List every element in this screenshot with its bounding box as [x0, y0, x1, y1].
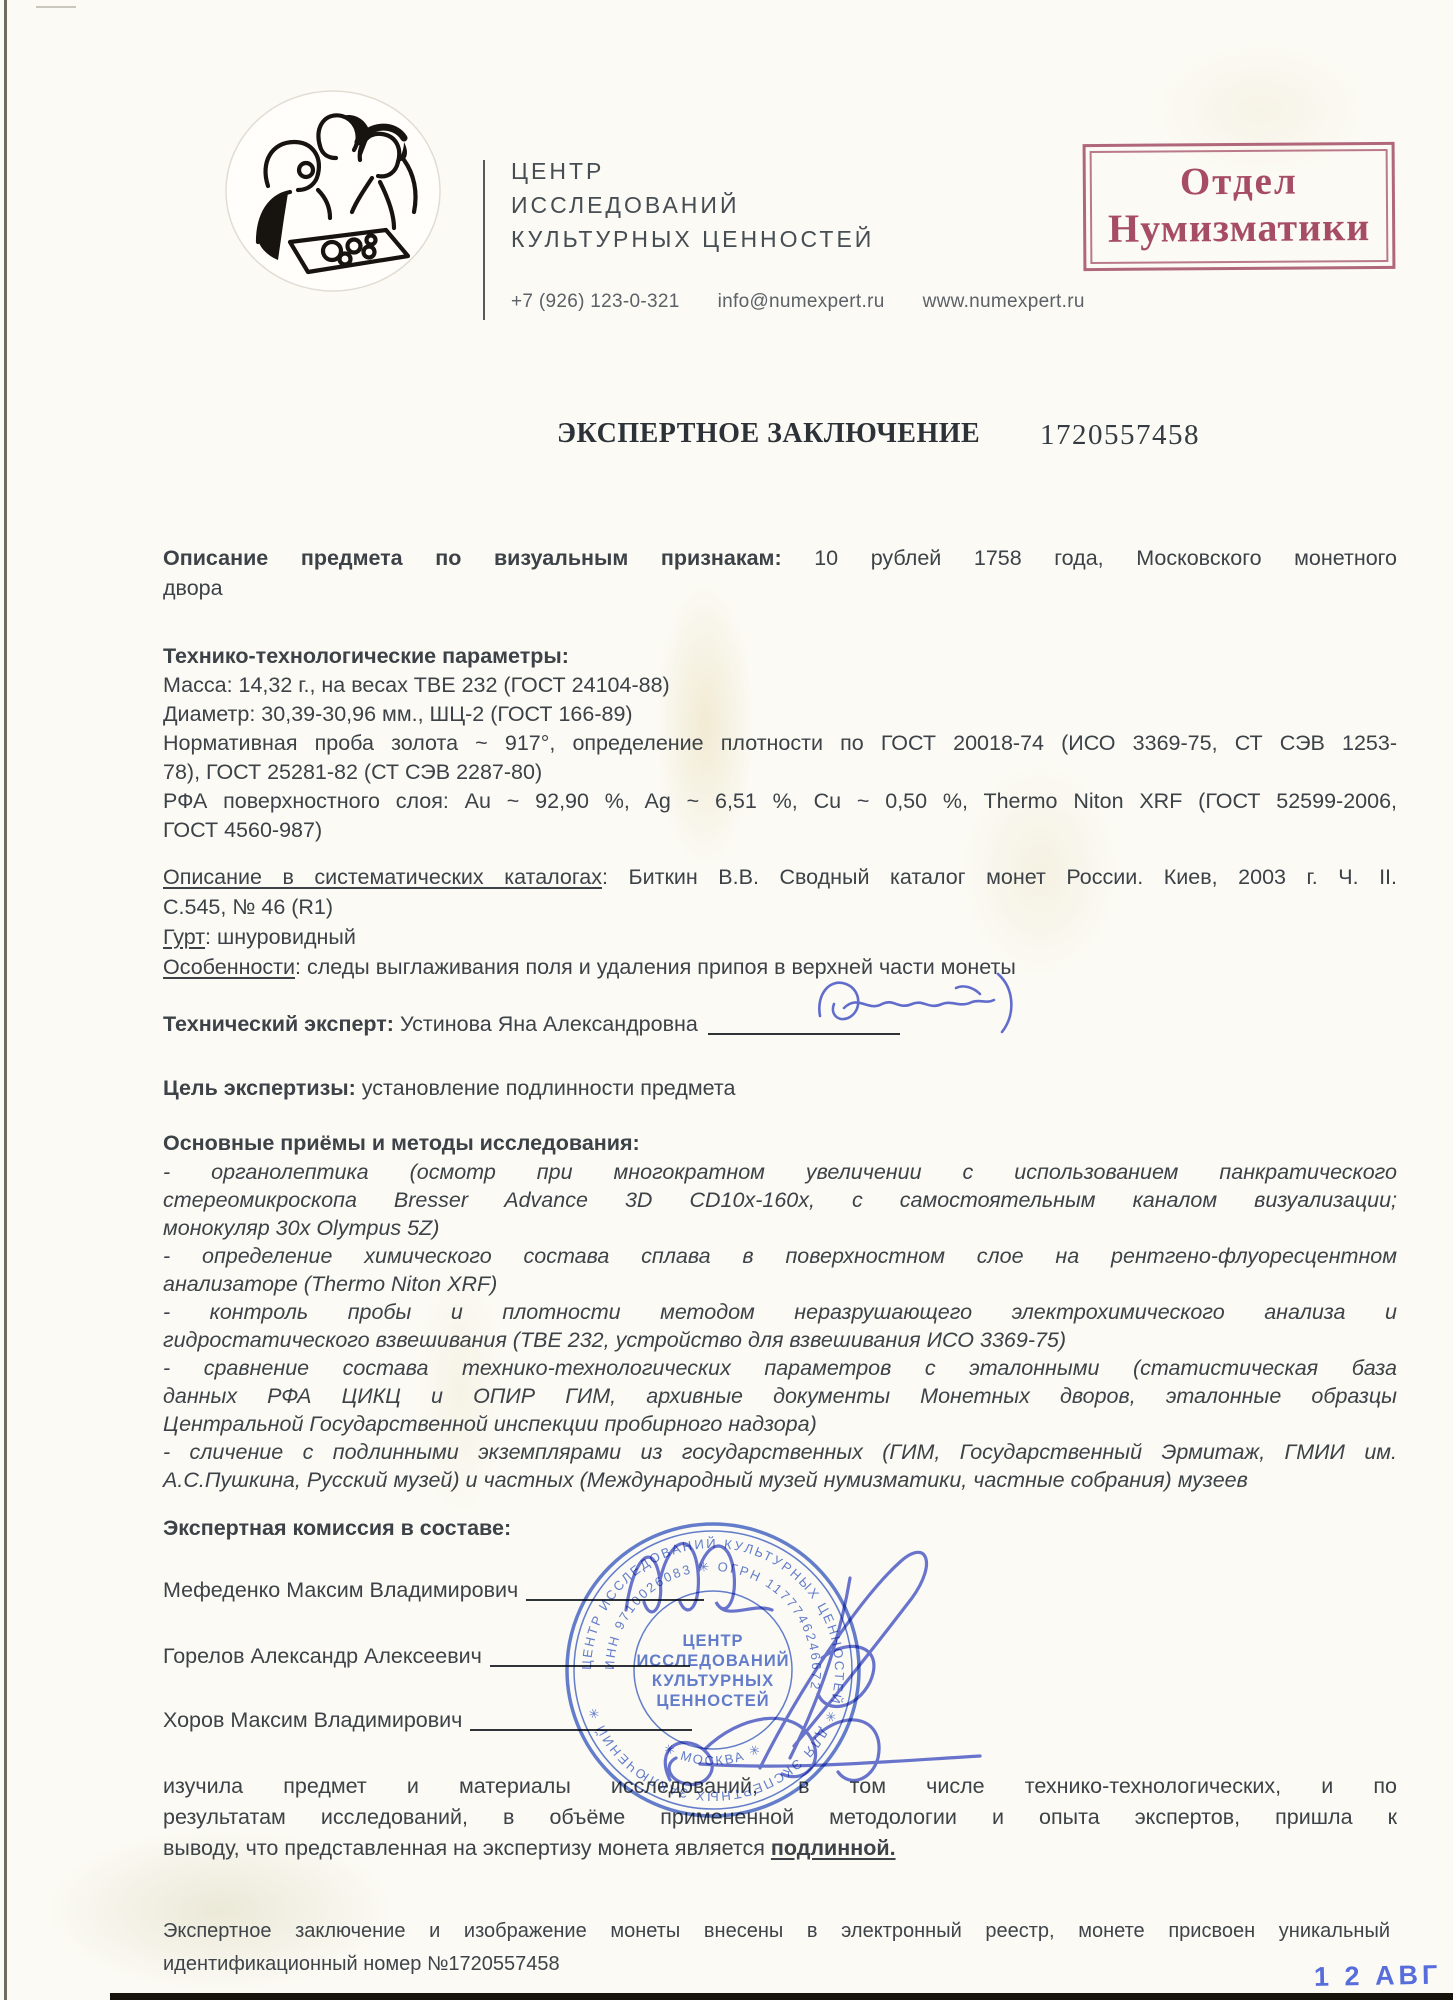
method-line: А.С.Пушкина, Русский музей) и частных (М… — [163, 1466, 1397, 1494]
text-line: идентификационный номер №1720557458 — [163, 1948, 1390, 1981]
scanned-expert-report-page: ЦЕНТР ИССЛЕДОВАНИЙ КУЛЬТУРНЫХ ЦЕННОСТЕЙ … — [0, 0, 1453, 2000]
tech-expert-name: Устинова Яна Александровна — [394, 1012, 698, 1036]
text-line: РФА поверхностного слоя: Au ~ 92,90 %, A… — [163, 787, 1397, 816]
method-line: - сличение с подлинными экземплярами из … — [163, 1438, 1397, 1466]
section-description: Описание предмета по визуальным признака… — [163, 543, 1397, 603]
method-line: монокуляр 30x Olympus 5Z) — [163, 1214, 1397, 1242]
text-line: Масса: 14,32 г., на весах ТВЕ 232 (ГОСТ … — [163, 671, 1397, 700]
text-line: Описание в систематических каталогах: Би… — [163, 862, 1397, 892]
org-contacts: +7 (926) 123-0-321info@numexpert.ruwww.n… — [511, 291, 1123, 313]
text-line: Гурт: шнуровидный — [163, 922, 1397, 952]
text-line: С.545, № 46 (R1) — [163, 892, 1397, 922]
signature-ustinova — [806, 964, 1042, 1050]
method-line: - сравнение состава технико-технологичес… — [163, 1354, 1397, 1382]
conclusion-verdict: подлинной. — [771, 1836, 896, 1860]
method-line: - органолептика (осмотр при многократном… — [163, 1158, 1397, 1186]
method-line: анализаторе (Thermo Niton XRF) — [163, 1270, 1397, 1298]
section-tech-params: Технико-технологические параметры: Масса… — [163, 642, 1397, 845]
org-name: ЦЕНТР ИССЛЕДОВАНИЙ КУЛЬТУРНЫХ ЦЕННОСТЕЙ — [511, 154, 874, 256]
tech-expert-label: Технический эксперт: — [163, 1012, 394, 1036]
description-label: Описание предмета по визуальным признака… — [163, 546, 782, 570]
text-line: 78), ГОСТ 25281-82 (СТ СЭВ 2287-80) — [163, 758, 1397, 787]
text-line: ГОСТ 4560-987) — [163, 816, 1397, 845]
section-purpose: Цель экспертизы: установление подлинност… — [163, 1074, 1397, 1103]
date-stamp: 1 2 АВГ 2019 — [1314, 1958, 1453, 1993]
text-line: Описание предмета по визуальным признака… — [163, 543, 1397, 573]
gurt-value: : шнуровидный — [205, 925, 356, 949]
text-line: Экспертное заключение и изображение моне… — [163, 1915, 1390, 1948]
commission-member-name: Горелов Александр Алексеевич — [163, 1644, 482, 1668]
dept-stamp-line: Отдел — [1180, 160, 1298, 203]
scan-edge-left — [4, 0, 7, 2000]
features-label: Особенности — [163, 955, 295, 979]
signatures-commission — [550, 1518, 1070, 1838]
dept-stamp-line: Нумизматики — [1108, 202, 1370, 254]
method-line: гидростатического взвешивания (ТВЕ 232, … — [163, 1326, 1397, 1354]
catalog-label: Описание в систематических каталогах — [163, 865, 602, 889]
purpose-label: Цель экспертизы: — [163, 1076, 356, 1100]
commission-member-name: Хоров Максим Владимирович — [163, 1708, 462, 1732]
numismatics-dept-stamp-text: Отдел Нумизматики — [1090, 149, 1389, 264]
method-line: стереомикроскопа Bresser Advance 3D CD10… — [163, 1186, 1397, 1214]
document-title: ЭКСПЕРТНОЕ ЗАКЛЮЧЕНИЕ — [557, 418, 980, 450]
method-line: Центральной Государственной инспекции пр… — [163, 1410, 1397, 1438]
org-email: info@numexpert.ru — [718, 291, 885, 312]
org-name-line: ИССЛЕДОВАНИЙ — [511, 188, 874, 222]
tech-params-heading: Технико-технологические параметры: — [163, 642, 1397, 671]
scan-edge-bottom — [110, 1993, 1453, 2000]
text-line: двора — [163, 573, 1397, 603]
catalog-value: : Биткин В.В. Сводный каталог монет Росс… — [602, 865, 1397, 889]
methods-heading: Основные приёмы и методы исследования: — [163, 1128, 1397, 1158]
letterhead-divider — [483, 160, 485, 320]
org-website: www.numexpert.ru — [923, 291, 1085, 312]
signature-strokes — [819, 974, 1011, 1032]
org-logo-numismatists-icon — [222, 90, 444, 297]
method-line: - определение химического состава сплава… — [163, 1242, 1397, 1270]
commission-member-name: Мефеденко Максим Владимирович — [163, 1578, 518, 1602]
org-phone: +7 (926) 123-0-321 — [511, 291, 680, 312]
signature-strokes — [626, 1544, 980, 1785]
gurt-label: Гурт — [163, 925, 205, 949]
description-value: 10 рублей 1758 года, Московского монетно… — [782, 546, 1397, 570]
text-line: Диаметр: 30,39-30,96 мм., ШЦ-2 (ГОСТ 166… — [163, 700, 1397, 729]
section-methods: Основные приёмы и методы исследования: -… — [163, 1128, 1397, 1494]
section-registry-note: Экспертное заключение и изображение моне… — [163, 1915, 1390, 1981]
org-name-line: КУЛЬТУРНЫХ ЦЕННОСТЕЙ — [511, 222, 874, 256]
scan-tick-mark — [36, 6, 76, 8]
method-line: - контроль пробы и плотности методом нер… — [163, 1298, 1397, 1326]
org-name-line: ЦЕНТР — [511, 154, 874, 188]
text-line: Особенности: следы выглаживания поля и у… — [163, 952, 1397, 982]
section-tech-expert: Технический эксперт: Устинова Яна Алекса… — [163, 1010, 1397, 1039]
method-line: данных РФА ЦИКЦ и ОПИР ГИМ, архивные док… — [163, 1382, 1397, 1410]
document-number: 1720557458 — [1040, 419, 1200, 452]
numismatics-dept-stamp: Отдел Нумизматики — [1083, 142, 1396, 271]
purpose-value: установление подлинности предмета — [356, 1076, 736, 1100]
section-catalog: Описание в систематических каталогах: Би… — [163, 862, 1397, 982]
conclusion-text: выводу, что представленная на экспертизу… — [163, 1836, 771, 1860]
text-line: Нормативная проба золота ~ 917°, определ… — [163, 729, 1397, 758]
